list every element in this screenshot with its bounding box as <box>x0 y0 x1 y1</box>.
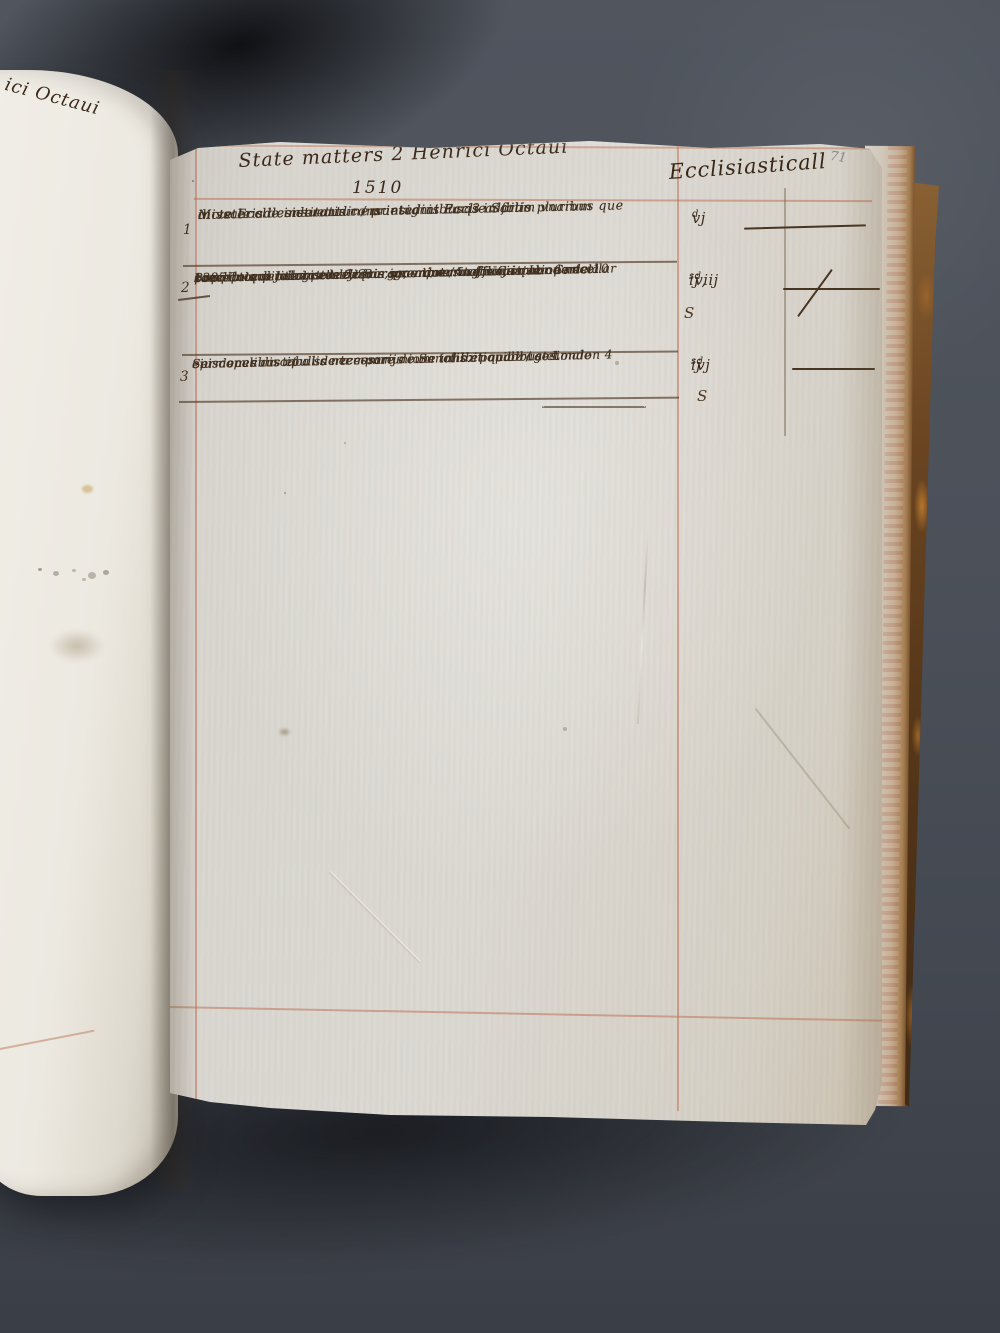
tally-hline-stroke <box>744 224 866 229</box>
tally-hline-stroke <box>783 288 880 290</box>
catalogue-entry: 3Sermones discipuli de tempore de Sancti… <box>170 354 882 420</box>
entry-number: 2 <box>181 280 190 296</box>
price-value: vjd <box>692 211 699 229</box>
paper-crease <box>329 870 421 962</box>
price-part: d <box>692 209 699 220</box>
paper-crease <box>637 528 649 724</box>
right-page: State matters 2 Henrici Octaui 1510 Eccl… <box>170 138 882 1130</box>
entry-line: in veteris desiderantur / printed at Par… <box>198 198 532 224</box>
manuscript-photo: ici Octaui State matters 2 Henrici Octau… <box>0 0 1000 1333</box>
entry-text: Missale ad consuetudinem insignis Ecclie… <box>198 195 676 206</box>
price-check-mark: S <box>684 304 694 322</box>
catalogue-entry: 1Missale ad consuetudinem insignis Eccli… <box>170 200 882 270</box>
tally-hline-stroke <box>792 368 875 370</box>
left-page-running-title: ici Octaui <box>3 74 103 120</box>
entry-separator-rule <box>179 397 679 403</box>
folio-number: 71 <box>829 149 847 166</box>
year-label: 1510 <box>352 178 403 198</box>
entry-number: 1 <box>183 222 192 238</box>
paper-crease <box>755 708 850 829</box>
smudge-stain <box>40 624 114 668</box>
price-value: ijs vjd <box>691 358 704 376</box>
ink-speck-stain <box>38 568 42 571</box>
paper-specks <box>192 180 194 182</box>
brown-stain <box>276 726 293 738</box>
price-check-mark: S <box>697 387 707 405</box>
tally-slash-stroke <box>797 269 833 317</box>
entry-number: 3 <box>180 369 189 385</box>
category-header: Ecclisiasticall <box>668 149 827 184</box>
price-part: d <box>697 356 704 367</box>
price-value: ijs viijd , <box>689 273 702 291</box>
small-stain <box>82 485 93 493</box>
entry-line: sacerdotem rite institutu non ignorare /… <box>194 261 577 286</box>
left-page-ruled-line <box>0 1030 94 1050</box>
ruled-line-bottom <box>170 1006 882 1021</box>
catalogue-entry: 2Pupilla oculi oibz presbyteris, precipu… <box>170 266 882 358</box>
tally-dashes-stroke <box>542 406 646 408</box>
price-part: , <box>702 273 707 289</box>
price-part: d <box>695 271 702 282</box>
